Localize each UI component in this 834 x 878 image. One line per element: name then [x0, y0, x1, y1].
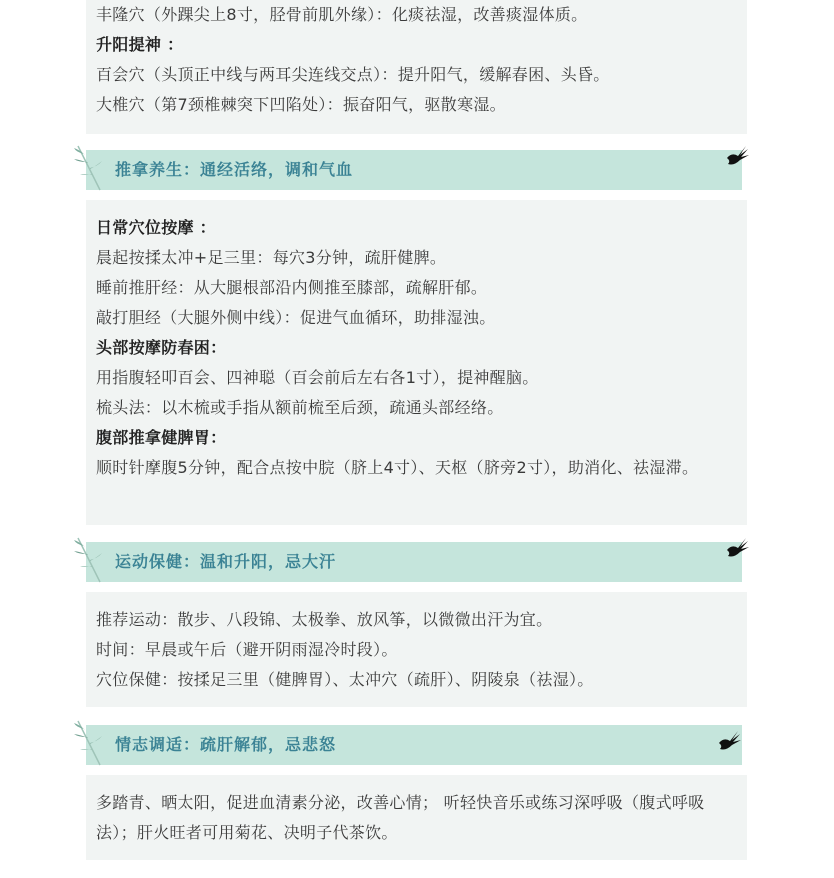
- swallow-bird-icon: [724, 536, 750, 562]
- section-title: 推拿养生：通经活络，调和气血: [115, 150, 353, 190]
- text-line: 用指腹轻叩百会、四神聪（百会前后左右各1寸），提神醒脑。: [96, 363, 737, 393]
- content-box-acupoints: 丰隆穴（外踝尖上8寸，胫骨前肌外缘）：化痰祛湿，改善痰湿体质。 升阳提神 ： 百…: [86, 0, 747, 134]
- subheading: 头部按摩防春困：: [96, 333, 737, 363]
- text-line: 时间：早晨或午后（避开阴雨湿冷时段）。: [96, 635, 737, 665]
- subheading: 腹部推拿健脾胃：: [96, 423, 737, 453]
- text-line: 大椎穴（第7颈椎棘突下凹陷处）：振奋阳气，驱散寒湿。: [96, 90, 737, 120]
- text-line: 推荐运动：散步、八段锦、太极拳、放风筝，以微微出汗为宜。: [96, 605, 737, 635]
- content-box-exercise: 推荐运动：散步、八段锦、太极拳、放风筝，以微微出汗为宜。 时间：早晨或午后（避开…: [86, 592, 747, 707]
- bamboo-leaf-icon: [72, 536, 108, 584]
- text-line: 百会穴（头顶正中线与两耳尖连线交点）：提升阳气，缓解春困、头昏。: [96, 60, 737, 90]
- text-line: 晨起按揉太冲+足三里：每穴3分钟，疏肝健脾。: [96, 243, 737, 273]
- text-line: 睡前推肝经：从大腿根部沿内侧推至膝部，疏解肝郁。: [96, 273, 737, 303]
- text-line: 敲打胆经（大腿外侧中线）：促进气血循环，助排湿浊。: [96, 303, 737, 333]
- bamboo-leaf-icon: [72, 719, 108, 767]
- section-title: 运动保健：温和升阳，忌大汗: [115, 542, 336, 582]
- swallow-bird-icon: [716, 729, 742, 755]
- swallow-bird-icon: [724, 144, 750, 170]
- bamboo-leaf-icon: [72, 144, 108, 192]
- section-header-exercise: 运动保健：温和升阳，忌大汗: [86, 542, 742, 582]
- content-box-emotion: 多踏青、晒太阳，促进血清素分泌，改善心情； 听轻快音乐或练习深呼吸（腹式呼吸法）…: [86, 775, 747, 860]
- section-header-massage: 推拿养生：通经活络，调和气血: [86, 150, 742, 190]
- section-header-emotion: 情志调适：疏肝解郁，忌悲怒: [86, 725, 742, 765]
- section-title: 情志调适：疏肝解郁，忌悲怒: [115, 725, 336, 765]
- subheading: 升阳提神 ：: [96, 30, 737, 60]
- text-line: 穴位保健：按揉足三里（健脾胃）、太冲穴（疏肝）、阴陵泉（祛湿）。: [96, 665, 737, 695]
- text-line: 丰隆穴（外踝尖上8寸，胫骨前肌外缘）：化痰祛湿，改善痰湿体质。: [96, 0, 737, 30]
- subheading: 日常穴位按摩 ：: [96, 213, 737, 243]
- text-line: 梳头法：以木梳或手指从额前梳至后颈，疏通头部经络。: [96, 393, 737, 423]
- text-line: 多踏青、晒太阳，促进血清素分泌，改善心情； 听轻快音乐或练习深呼吸（腹式呼吸法）…: [96, 788, 737, 848]
- content-box-massage: 日常穴位按摩 ： 晨起按揉太冲+足三里：每穴3分钟，疏肝健脾。 睡前推肝经：从大…: [86, 200, 747, 525]
- text-line: 顺时针摩腹5分钟，配合点按中脘（脐上4寸）、天枢（脐旁2寸），助消化、祛湿滞。: [96, 453, 737, 483]
